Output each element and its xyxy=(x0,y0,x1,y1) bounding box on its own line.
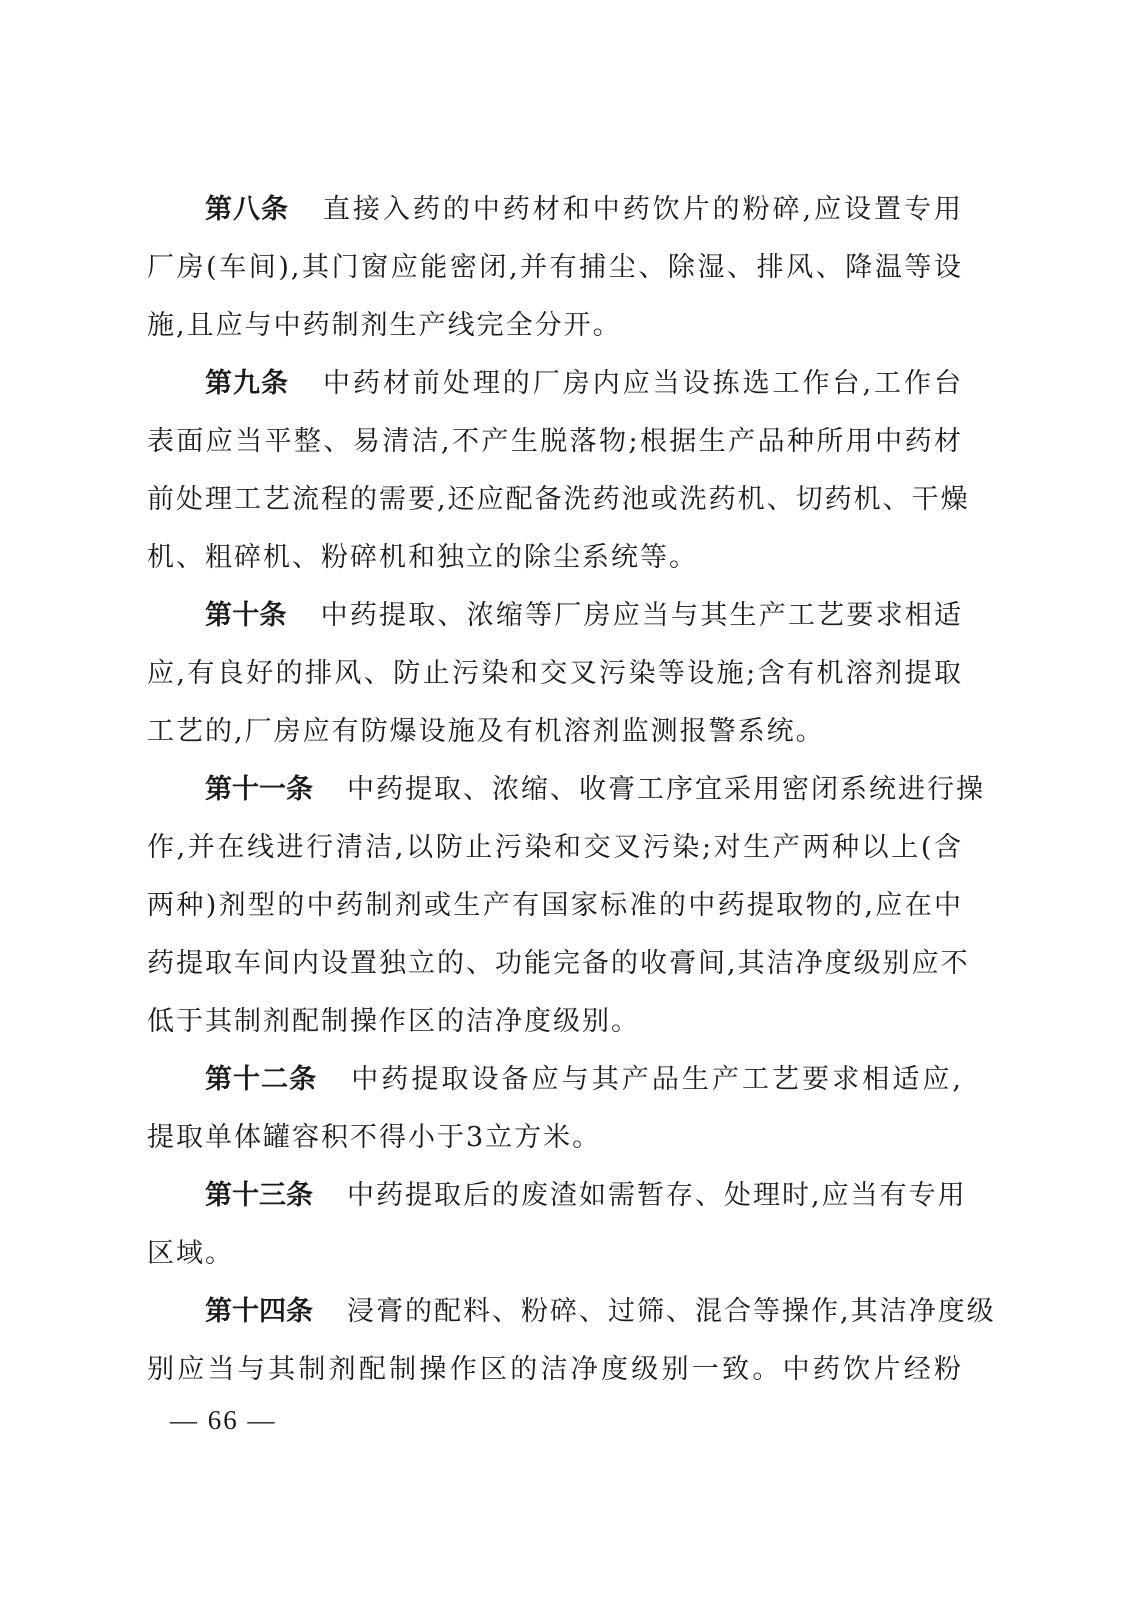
document-body: 第八条直接入药的中药材和中药饮片的粉碎,应设置专用 厂房(车间),其门窗应能密闭… xyxy=(147,188,963,1406)
paragraph-line: 前处理工艺流程的需要,还应配备洗药池或洗药机、切药机、干燥 xyxy=(147,478,963,536)
article-text: 直接入药的中药材和中药饮片的粉碎,应设置专用 xyxy=(323,194,963,225)
article-text: 中药提取后的废渣如需暂存、处理时,应当有专用 xyxy=(347,1180,967,1211)
article-text: 中药提取设备应与其产品生产工艺要求相适应, xyxy=(351,1064,963,1095)
paragraph-line: 第十二条中药提取设备应与其产品生产工艺要求相适应, xyxy=(147,1058,963,1116)
paragraph-line: 作,并在线进行清洁,以防止污染和交叉污染;对生产两种以上(含 xyxy=(147,826,963,884)
article-10: 第十条中药提取、浓缩等厂房应当与其生产工艺要求相适 应,有良好的排风、防止污染和… xyxy=(147,594,963,768)
article-text: 中药材前处理的厂房内应当设拣选工作台,工作台 xyxy=(323,368,963,399)
article-8: 第八条直接入药的中药材和中药饮片的粉碎,应设置专用 厂房(车间),其门窗应能密闭… xyxy=(147,188,963,362)
paragraph-line: 工艺的,厂房应有防爆设施及有机溶剂监测报警系统。 xyxy=(147,710,963,768)
article-14: 第十四条浸膏的配料、粉碎、过筛、混合等操作,其洁净度级 别应当与其制剂配制操作区… xyxy=(147,1290,963,1406)
article-13: 第十三条中药提取后的废渣如需暂存、处理时,应当有专用 区域。 xyxy=(147,1174,963,1290)
paragraph-line: 第十三条中药提取后的废渣如需暂存、处理时,应当有专用 xyxy=(147,1174,963,1232)
paragraph-line: 第十四条浸膏的配料、粉碎、过筛、混合等操作,其洁净度级 xyxy=(147,1290,963,1348)
paragraph-line: 药提取车间内设置独立的、功能完备的收膏间,其洁净度级别应不 xyxy=(147,942,963,1000)
paragraph-line: 第九条中药材前处理的厂房内应当设拣选工作台,工作台 xyxy=(147,362,963,420)
article-text: 中药提取、浓缩、收膏工序宜采用密闭系统进行操 xyxy=(347,774,985,805)
article-heading: 第九条 xyxy=(205,368,289,399)
article-12: 第十二条中药提取设备应与其产品生产工艺要求相适应, 提取单体罐容积不得小于3立方… xyxy=(147,1058,963,1174)
paragraph-line: 应,有良好的排风、防止污染和交叉污染等设施;含有机溶剂提取 xyxy=(147,652,963,710)
article-heading: 第十三条 xyxy=(205,1180,313,1211)
article-heading: 第十二条 xyxy=(205,1064,317,1095)
article-9: 第九条中药材前处理的厂房内应当设拣选工作台,工作台 表面应当平整、易清洁,不产生… xyxy=(147,362,963,594)
article-text: 浸膏的配料、粉碎、过筛、混合等操作,其洁净度级 xyxy=(347,1296,996,1327)
paragraph-line: 厂房(车间),其门窗应能密闭,并有捕尘、除湿、排风、降温等设 xyxy=(147,246,963,304)
paragraph-line: 两种)剂型的中药制剂或生产有国家标准的中药提取物的,应在中 xyxy=(147,884,963,942)
paragraph-line: 第八条直接入药的中药材和中药饮片的粉碎,应设置专用 xyxy=(147,188,963,246)
article-11: 第十一条中药提取、浓缩、收膏工序宜采用密闭系统进行操 作,并在线进行清洁,以防止… xyxy=(147,768,963,1058)
paragraph-line: 表面应当平整、易清洁,不产生脱落物;根据生产品种所用中药材 xyxy=(147,420,963,478)
paragraph-line: 提取单体罐容积不得小于3立方米。 xyxy=(147,1116,963,1174)
article-text: 中药提取、浓缩等厂房应当与其生产工艺要求相适 xyxy=(321,600,963,631)
page-number: — 66 — xyxy=(170,1405,277,1436)
article-heading: 第八条 xyxy=(205,194,289,225)
article-heading: 第十四条 xyxy=(205,1296,313,1327)
paragraph-line: 区域。 xyxy=(147,1232,963,1290)
article-heading: 第十一条 xyxy=(205,774,313,805)
paragraph-line: 第十条中药提取、浓缩等厂房应当与其生产工艺要求相适 xyxy=(147,594,963,652)
paragraph-line: 施,且应与中药制剂生产线完全分开。 xyxy=(147,304,963,362)
paragraph-line: 机、粗碎机、粉碎机和独立的除尘系统等。 xyxy=(147,536,963,594)
paragraph-line: 低于其制剂配制操作区的洁净度级别。 xyxy=(147,1000,963,1058)
paragraph-line: 第十一条中药提取、浓缩、收膏工序宜采用密闭系统进行操 xyxy=(147,768,963,826)
paragraph-line: 别应当与其制剂配制操作区的洁净度级别一致。中药饮片经粉 xyxy=(147,1348,963,1406)
article-heading: 第十条 xyxy=(205,600,287,631)
